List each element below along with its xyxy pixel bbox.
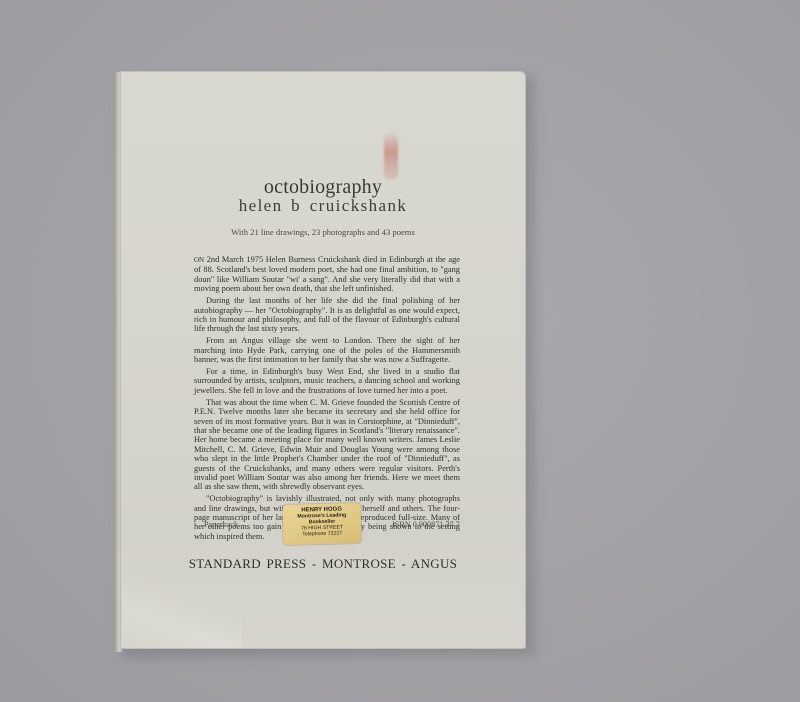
sticker-line: Telephone 72227 (283, 530, 361, 538)
blurb-paragraph: From an Angus village she went to London… (194, 336, 460, 364)
cover-glare (122, 560, 242, 648)
blurb-paragraph: During the last months of her life she d… (194, 296, 460, 334)
bookseller-sticker: HENRY HOGG Montrose's Leading Bookseller… (282, 503, 361, 545)
blurb-text: ON 2nd March 1975 Helen Burness Cruicksh… (194, 255, 460, 544)
blurb-paragraph: That was about the time when C. M. Griev… (194, 398, 460, 492)
isbn-label: ISBN 0 900871 37 7 (392, 520, 460, 529)
format-label: Paperback (204, 520, 238, 529)
publisher-line: STANDARD PRESS - MONTROSE - ANGUS (0, 556, 646, 572)
book-subtitle: With 21 line drawings, 23 photographs an… (0, 227, 646, 237)
blurb-paragraph: ON 2nd March 1975 Helen Burness Cruicksh… (194, 255, 460, 294)
blurb-paragraph: For a time, in Edinburgh's busy West End… (194, 367, 460, 395)
book-author: helen b cruickshank (0, 196, 646, 216)
cover-stain (384, 132, 398, 180)
